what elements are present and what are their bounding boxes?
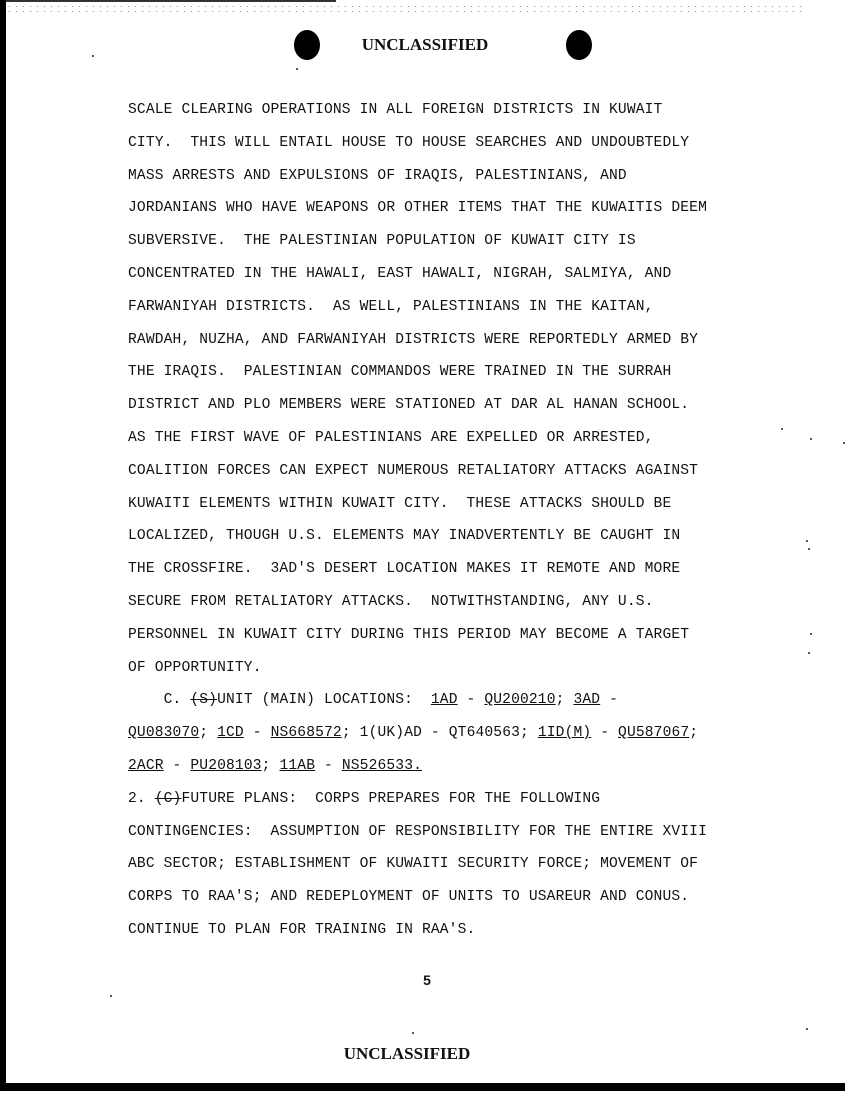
delimiter: ; xyxy=(342,725,360,741)
delimiter: ; xyxy=(199,725,217,741)
scan-border-left xyxy=(0,0,6,1090)
unit-name: 1(UK)AD xyxy=(360,725,422,741)
unit-name: 3AD xyxy=(573,692,600,708)
text-line: CONTINGENCIES: ASSUMPTION OF RESPONSIBIL… xyxy=(128,822,828,855)
scan-speck xyxy=(808,652,810,654)
page-number: 5 xyxy=(2,972,850,988)
text-line: KUWAITI ELEMENTS WITHIN KUWAIT CITY. THE… xyxy=(128,494,828,527)
text-line: AS THE FIRST WAVE OF PALESTINIANS ARE EX… xyxy=(128,428,828,461)
unit-name: 1AD xyxy=(431,692,458,708)
separator: - xyxy=(244,725,271,741)
grid-coordinate: QT640563 xyxy=(449,725,520,741)
text-line: SUBVERSIVE. THE PALESTINIAN POPULATION O… xyxy=(128,231,828,264)
separator: - xyxy=(422,725,449,741)
text-line: SCALE CLEARING OPERATIONS IN ALL FOREIGN… xyxy=(128,100,828,133)
separator: - xyxy=(458,692,485,708)
delimiter: ; xyxy=(556,692,574,708)
text-line: CONTINUE TO PLAN FOR TRAINING IN RAA'S. xyxy=(128,920,828,953)
text-line: ABC SECTOR; ESTABLISHMENT OF KUWAITI SEC… xyxy=(128,854,828,887)
separator: - xyxy=(600,692,627,708)
scan-speck xyxy=(110,995,112,997)
text-line: CITY. THIS WILL ENTAIL HOUSE TO HOUSE SE… xyxy=(128,133,828,166)
unit-locations-line-3: 2ACR - PU208103; 11AB - NS526533. xyxy=(128,756,828,789)
unit-locations-line-2: QU083070; 1CD - NS668572; 1(UK)AD - QT64… xyxy=(128,723,828,756)
unit-name: 1CD xyxy=(217,725,244,741)
scan-border-bottom xyxy=(0,1083,845,1091)
grid-coordinate: NS668572 xyxy=(271,725,342,741)
period: . xyxy=(413,758,422,774)
text-line: CONCENTRATED IN THE HAWALI, EAST HAWALI,… xyxy=(128,264,828,297)
text-line: PERSONNEL IN KUWAIT CITY DURING THIS PER… xyxy=(128,625,828,658)
scan-speck xyxy=(781,428,783,430)
separator: - xyxy=(315,758,342,774)
grid-coordinate: QU587067 xyxy=(618,725,689,741)
classification-marking-struck: (C) xyxy=(155,791,182,807)
scan-noise-top xyxy=(6,4,806,12)
paragraph-label: C. xyxy=(128,692,190,708)
grid-coordinate: PU208103 xyxy=(190,758,261,774)
text-line: FARWANIYAH DISTRICTS. AS WELL, PALESTINI… xyxy=(128,297,828,330)
text-line: SECURE FROM RETALIATORY ATTACKS. NOTWITH… xyxy=(128,592,828,625)
text-line: OF OPPORTUNITY. xyxy=(128,658,828,691)
grid-coordinate: QU083070 xyxy=(128,725,199,741)
delimiter: ; xyxy=(689,725,707,741)
unit-name: 11AB xyxy=(279,758,315,774)
text-line: RAWDAH, NUZHA, AND FARWANIYAH DISTRICTS … xyxy=(128,330,828,363)
scan-speck xyxy=(92,55,94,57)
text-line: THE CROSSFIRE. 3AD'S DESERT LOCATION MAK… xyxy=(128,559,828,592)
delimiter: ; xyxy=(520,725,538,741)
unit-locations-line-1: C. (S)UNIT (MAIN) LOCATIONS: 1AD - QU200… xyxy=(128,690,828,723)
scan-speck xyxy=(810,438,812,440)
scan-speck xyxy=(810,633,812,635)
scan-speck xyxy=(412,1032,414,1034)
scan-speck xyxy=(806,1028,808,1030)
grid-coordinate: NS526533 xyxy=(342,758,413,774)
grid-coordinate: QU200210 xyxy=(484,692,555,708)
scan-speck xyxy=(843,442,845,444)
scan-border-top xyxy=(6,0,336,2)
classification-footer: UNCLASSIFIED xyxy=(0,1044,832,1064)
future-plans-line-1: 2. (C)FUTURE PLANS: CORPS PREPARES FOR T… xyxy=(128,789,828,822)
classification-header: UNCLASSIFIED xyxy=(0,35,850,55)
text-line: MASS ARRESTS AND EXPULSIONS OF IRAQIS, P… xyxy=(128,166,828,199)
text-line: THE IRAQIS. PALESTINIAN COMMANDOS WERE T… xyxy=(128,362,828,395)
scan-speck xyxy=(296,68,298,70)
text-line: DISTRICT AND PLO MEMBERS WERE STATIONED … xyxy=(128,395,828,428)
text-line: COALITION FORCES CAN EXPECT NUMEROUS RET… xyxy=(128,461,828,494)
paragraph-number: 2. xyxy=(128,791,155,807)
classification-marking-struck: (S) xyxy=(190,692,217,708)
scan-speck xyxy=(806,540,808,542)
unit-name: 1ID(M) xyxy=(538,725,591,741)
text-line: CORPS TO RAA'S; AND REDEPLOYMENT OF UNIT… xyxy=(128,887,828,920)
text-line: LOCALIZED, THOUGH U.S. ELEMENTS MAY INAD… xyxy=(128,526,828,559)
separator: - xyxy=(164,758,191,774)
section-title: UNIT (MAIN) LOCATIONS: xyxy=(217,692,431,708)
document-body: SCALE CLEARING OPERATIONS IN ALL FOREIGN… xyxy=(128,100,828,953)
separator: - xyxy=(591,725,618,741)
text-line: FUTURE PLANS: CORPS PREPARES FOR THE FOL… xyxy=(181,791,600,807)
scan-speck xyxy=(808,548,810,550)
text-line: JORDANIANS WHO HAVE WEAPONS OR OTHER ITE… xyxy=(128,198,828,231)
delimiter: ; xyxy=(262,758,280,774)
unit-name: 2ACR xyxy=(128,758,164,774)
